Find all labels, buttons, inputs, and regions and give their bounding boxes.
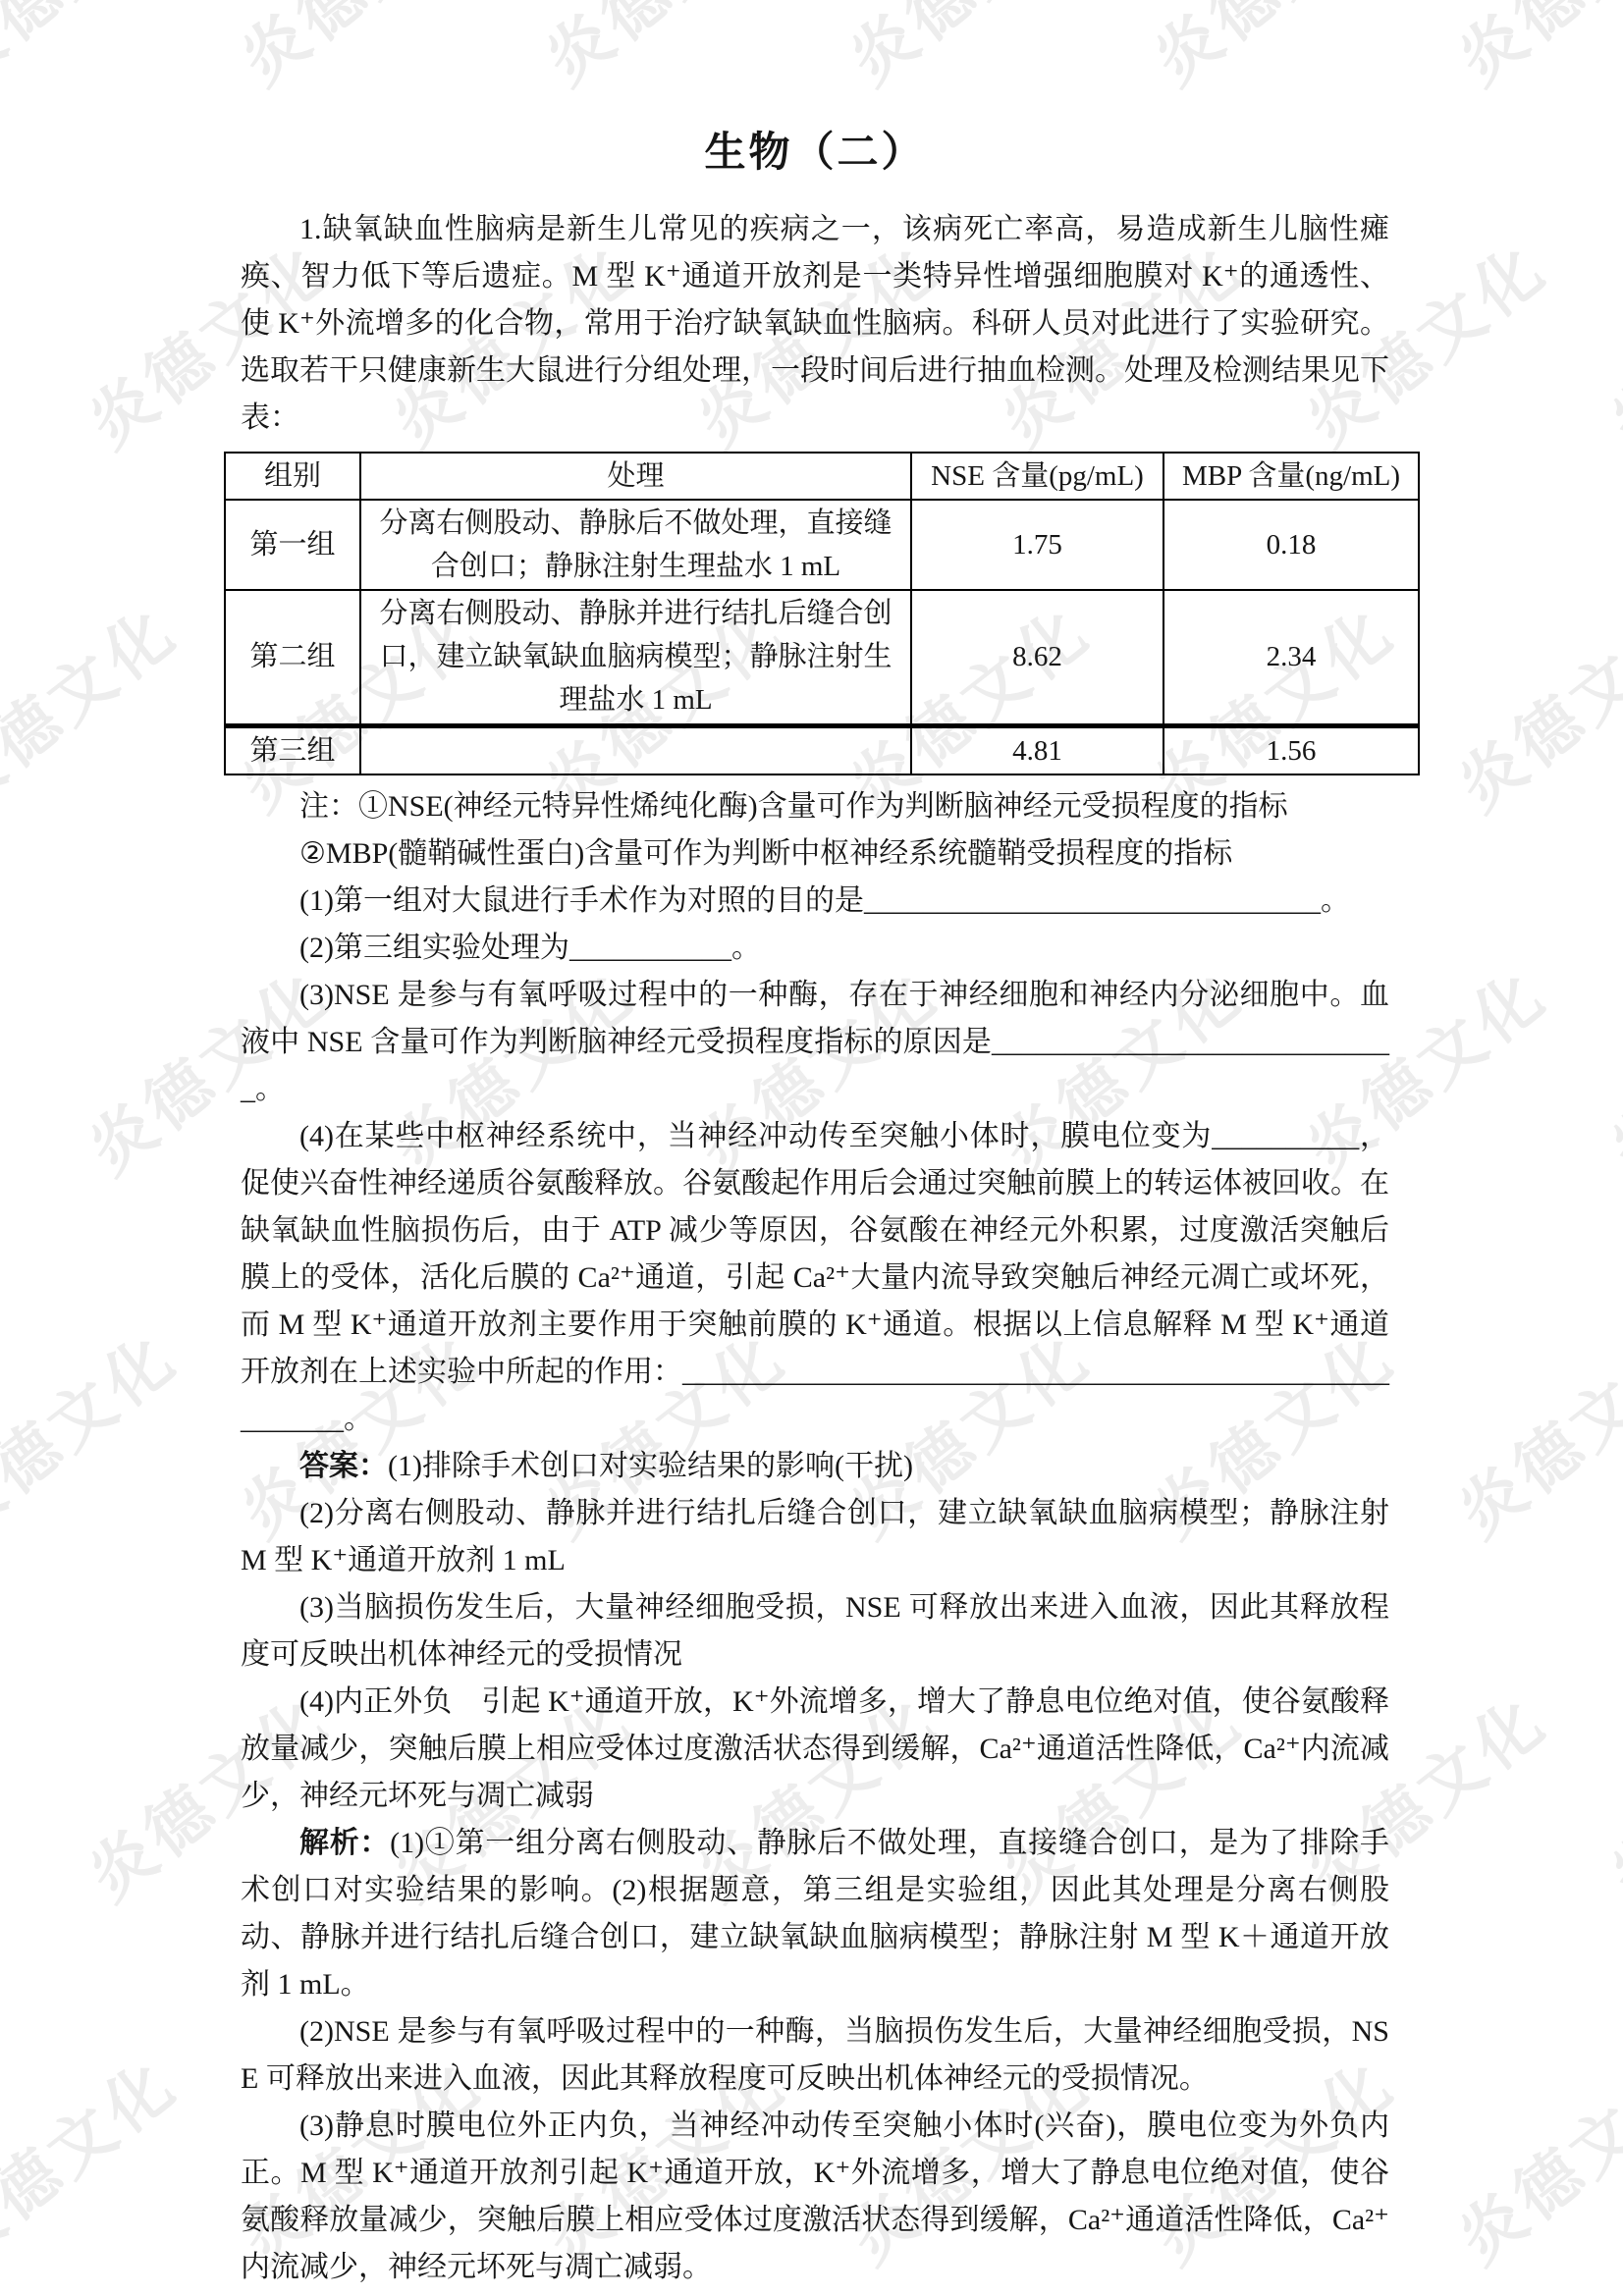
group-cell: 第三组 — [225, 725, 360, 774]
answer-paragraph-1: 答案：(1)排除手术创口对实验结果的影响(干扰) — [241, 1443, 1389, 1490]
answer-paragraph-4: (4)内正外负 引起 K⁺通道开放，K⁺外流增多，增大了静息电位绝对值，使谷氨酸… — [241, 1679, 1389, 1820]
nse-cell: 8.62 — [911, 590, 1163, 725]
table-note-1: 注：①NSE(神经元特异性烯纯化酶)含量可作为判断脑神经元受损程度的指标 — [241, 783, 1389, 830]
subquestion-3: (3)NSE 是参与有氧呼吸过程中的一种酶，存在于神经细胞和神经内分泌细胞中。血… — [241, 972, 1389, 1113]
nse-cell: 4.81 — [911, 725, 1163, 774]
document-page: 炎德文化炎德文化炎德文化炎德文化炎德文化炎德文化炎德文化炎德文化炎德文化炎德文化… — [0, 0, 1623, 2296]
page-title: 生物（二） — [241, 126, 1389, 181]
answer-paragraph-3: (3)当脑损伤发生后，大量神经细胞受损，NSE 可释放出来进入血液，因此其释放程… — [241, 1584, 1389, 1679]
col-header-nse: NSE 含量(pg/mL) — [911, 453, 1163, 500]
answer-label: 答案： — [299, 1450, 388, 1482]
analysis-item-1: (1)①第一组分离右侧股动、静脉后不做处理，直接缝合创口，是为了排除手术创口对实… — [241, 1827, 1389, 2001]
treatment-cell — [360, 725, 911, 774]
subquestion-4: (4)在某些中枢神经系统中，当神经冲动传至突触小体时，膜电位变为________… — [241, 1113, 1389, 1443]
treatment-cell: 分离右侧股动、静脉后不做处理，直接缝合创口；静脉注射生理盐水 1 mL — [360, 500, 911, 590]
question-intro: 1.缺氧缺血性脑病是新生儿常见的疾病之一，该病死亡率高，易造成新生儿脑性瘫痪、智… — [241, 206, 1389, 442]
col-header-group: 组别 — [225, 453, 360, 500]
col-header-mbp: MBP 含量(ng/mL) — [1163, 453, 1419, 500]
table-header-row: 组别 处理 NSE 含量(pg/mL) MBP 含量(ng/mL) — [225, 453, 1419, 500]
analysis-paragraph-2: (2)NSE 是参与有氧呼吸过程中的一种酶，当脑损伤发生后，大量神经细胞受损，N… — [241, 2008, 1389, 2103]
document-content: 生物（二） 1.缺氧缺血性脑病是新生儿常见的疾病之一，该病死亡率高，易造成新生儿… — [0, 0, 1623, 2291]
subquestion-2: (2)第三组实验处理为___________。 — [241, 925, 1389, 972]
mbp-cell: 1.56 — [1163, 725, 1419, 774]
table-row: 第三组 4.81 1.56 — [225, 725, 1419, 774]
table-row: 第一组 分离右侧股动、静脉后不做处理，直接缝合创口；静脉注射生理盐水 1 mL … — [225, 500, 1419, 590]
answer-item-1: (1)排除手术创口对实验结果的影响(干扰) — [388, 1450, 913, 1482]
analysis-paragraph-1: 解析：(1)①第一组分离右侧股动、静脉后不做处理，直接缝合创口，是为了排除手术创… — [241, 1820, 1389, 2008]
group-cell: 第二组 — [225, 590, 360, 725]
analysis-paragraph-3: (3)静息时膜电位外正内负，当神经冲动传至突触小体时(兴奋)，膜电位变为外负内正… — [241, 2103, 1389, 2291]
analysis-label: 解析： — [299, 1827, 390, 1859]
subquestion-1: (1)第一组对大鼠进行手术作为对照的目的是___________________… — [241, 878, 1389, 925]
mbp-cell: 2.34 — [1163, 590, 1419, 725]
col-header-treatment: 处理 — [360, 453, 911, 500]
nse-cell: 1.75 — [911, 500, 1163, 590]
results-table: 组别 处理 NSE 含量(pg/mL) MBP 含量(ng/mL) 第一组 分离… — [224, 452, 1420, 775]
answer-paragraph-2: (2)分离右侧股动、静脉并进行结扎后缝合创口，建立缺氧缺血脑病模型；静脉注射 M… — [241, 1490, 1389, 1584]
mbp-cell: 0.18 — [1163, 500, 1419, 590]
group-cell: 第一组 — [225, 500, 360, 590]
table-note-2: ②MBP(髓鞘碱性蛋白)含量可作为判断中枢神经系统髓鞘受损程度的指标 — [241, 830, 1389, 878]
table-row: 第二组 分离右侧股动、静脉并进行结扎后缝合创口，建立缺氧缺血脑病模型；静脉注射生… — [225, 590, 1419, 725]
treatment-cell: 分离右侧股动、静脉并进行结扎后缝合创口，建立缺氧缺血脑病模型；静脉注射生理盐水 … — [360, 590, 911, 725]
